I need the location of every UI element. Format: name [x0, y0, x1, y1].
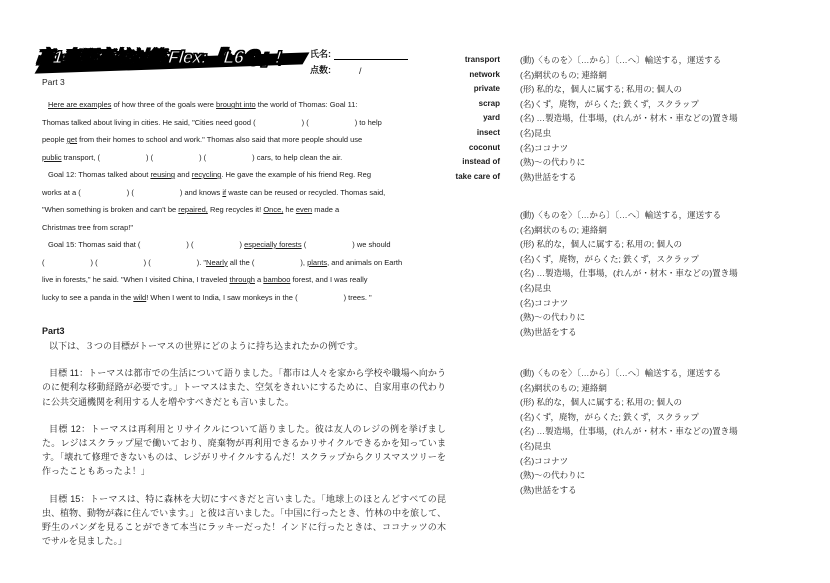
reading-line: lucky to see a panda in the wild! When I…	[42, 289, 442, 307]
vocab-meaning: (熟)世話をする	[520, 170, 577, 185]
reading-segment: the world of Thomas: Goal 11:	[256, 100, 358, 109]
underlined-word: public	[42, 153, 62, 162]
fill-in-blank: ()	[138, 236, 189, 254]
fill-in-blank: ()	[204, 149, 255, 167]
reading-segment: all the	[228, 258, 252, 267]
vocab-meaning: (名)網状のもの; 連絡網	[520, 223, 607, 238]
translation-paragraph: 目標 11：トーマスは都市での生活について語りました。「都市は人々を家から学校や…	[42, 366, 446, 409]
vocab-meaning: (動)〈ものを〉〔…から〕〔…へ〕輸送する，運送する	[520, 53, 721, 68]
vocab-meaning: (熟)〜の代わりに	[520, 310, 585, 325]
vocab-meaning: (形) 私的な，個人に属する; 私用の; 個人の	[520, 237, 682, 252]
reading-line: works at a () () and knows if waste can …	[42, 184, 442, 202]
vocab-row: coconut(名)ココナツ	[445, 141, 738, 156]
vocab-word: network	[445, 68, 500, 83]
vocab-row: (名) …製造場，仕事場，(れんが・材木・車などの)置き場	[520, 266, 738, 281]
reading-segment: transport,	[62, 153, 98, 162]
vocab-row: (名)昆虫	[520, 281, 738, 296]
vocab-meaning: (熟)〜の代わりに	[520, 468, 585, 483]
reading-text: Here are examples of how three of the go…	[42, 96, 442, 306]
reading-segment: Goal 12: Thomas talked about	[48, 170, 150, 179]
reading-segment: live in forests," he said. "When I visit…	[42, 275, 230, 284]
reading-line: Thomas talked about living in cities. He…	[42, 114, 442, 132]
vocab-meaning: (名)昆虫	[520, 439, 551, 454]
reading-line: live in forests," he said. "When I visit…	[42, 271, 442, 289]
vocab-word: coconut	[445, 141, 500, 156]
vocab-meaning: (名)ココナツ	[520, 141, 568, 156]
underlined-word: Nearly	[206, 258, 228, 267]
vocab-block-2: (動)〈ものを〉〔…から〕〔…へ〕輸送する，運送する(名)網状のもの; 連絡網(…	[520, 208, 738, 339]
vocab-row: (名)ココナツ	[520, 296, 738, 311]
reading-segment: he	[283, 205, 296, 214]
vocab-row: (熟)〜の代わりに	[520, 310, 738, 325]
vocab-meaning: (名)ココナツ	[520, 454, 568, 469]
fill-in-blank: ()	[191, 236, 242, 254]
reading-line: () () (). "Nearly all the (), plants, an…	[42, 254, 442, 272]
translation-section-label: Part3	[42, 326, 65, 336]
name-label: 氏名:	[310, 47, 331, 60]
vocab-row: (名)昆虫	[520, 439, 738, 454]
vocab-word: take care of	[445, 170, 500, 185]
reading-segment: and	[175, 170, 192, 179]
reading-segment: and knows	[182, 188, 222, 197]
vocab-meaning: (名)くず，廃物，がらくた; 鉄くず，スクラップ	[520, 252, 699, 267]
vocab-row: instead of(熟)〜の代わりに	[445, 155, 738, 170]
underlined-word: reusing	[150, 170, 175, 179]
fill-in-blank: ()	[295, 289, 346, 307]
translation-paragraph: 目標 12：トーマスは再利用とリサイクルについて語りました。彼は友人のレジの例を…	[42, 422, 446, 479]
vocab-meaning: (動)〈ものを〉〔…から〕〔…へ〕輸送する，運送する	[520, 208, 721, 223]
translation-paragraphs: 目標 11：トーマスは都市での生活について語りました。「都市は人々を家から学校や…	[42, 366, 446, 548]
vocab-meaning: (形) 私的な，個人に属する; 私用の; 個人の	[520, 395, 682, 410]
vocab-row: yard(名) …製造場，仕事場，(れんが・材木・車などの)置き場	[445, 111, 738, 126]
vocab-row: (名)くず，廃物，がらくた; 鉄くず，スクラップ	[520, 410, 738, 425]
vocab-row: (名)ココナツ	[520, 454, 738, 469]
fill-in-blank: ()	[253, 114, 304, 132]
vocab-word: yard	[445, 111, 500, 126]
reading-segment: we should	[355, 240, 391, 249]
worksheet-page: 高1秦野高校対策 Flex:『L6③』! 氏名: 点数: / Part 3 He…	[0, 0, 830, 583]
vocab-meaning: (名)昆虫	[520, 281, 551, 296]
reading-line: public transport, () () () cars, to help…	[42, 149, 442, 167]
vocab-meaning: (熟)〜の代わりに	[520, 155, 585, 170]
reading-segment: trees. "	[346, 293, 372, 302]
underlined-word: Here are examples	[48, 100, 111, 109]
vocab-row: (熟)〜の代わりに	[520, 468, 738, 483]
reading-segment: from their homes to school and work." Th…	[77, 135, 362, 144]
vocab-meaning: (名)網状のもの; 連絡網	[520, 68, 607, 83]
vocab-meaning: (名) …製造場，仕事場，(れんが・材木・車などの)置き場	[520, 111, 738, 126]
fill-in-blank: ()	[78, 184, 129, 202]
reading-segment: lucky to see a panda in the	[42, 293, 133, 302]
fill-in-blank: ()	[148, 254, 199, 272]
reading-segment: Goal 15: Thomas said that	[48, 240, 138, 249]
fill-in-blank: ()	[306, 114, 357, 132]
underlined-word: even	[296, 205, 312, 214]
vocab-meaning: (動)〈ものを〉〔…から〕〔…へ〕輸送する，運送する	[520, 366, 721, 381]
reading-segment: . He gave the example of his friend Reg.…	[221, 170, 371, 179]
vocab-row: (名) …製造場，仕事場，(れんが・材木・車などの)置き場	[520, 424, 738, 439]
translation-text: 以下は、３つの目標がトーマスの世界にどのように持ち込まれたかの例です。 目標 1…	[42, 339, 446, 561]
name-blank-line	[334, 50, 408, 60]
vocab-row: (形) 私的な，個人に属する; 私用の; 個人の	[520, 395, 738, 410]
fill-in-blank: ()	[97, 149, 148, 167]
translation-intro: 以下は、３つの目標がトーマスの世界にどのように持ち込まれたかの例です。	[42, 339, 446, 353]
vocab-row: take care of(熟)世話をする	[445, 170, 738, 185]
reading-segment: people	[42, 135, 67, 144]
underlined-word: brought into	[216, 100, 256, 109]
vocab-block-1: transport(動)〈ものを〉〔…から〕〔…へ〕輸送する，運送するnetwo…	[445, 53, 738, 184]
reading-segment: of how three of the goals were	[111, 100, 216, 109]
reading-section-label: Part 3	[42, 77, 65, 87]
vocab-word: insect	[445, 126, 500, 141]
underlined-word: recycling	[192, 170, 222, 179]
vocab-row: (熟)世話をする	[520, 325, 738, 340]
vocab-meaning: (名)くず，廃物，がらくた; 鉄くず，スクラップ	[520, 410, 699, 425]
underlined-word: get	[67, 135, 77, 144]
worksheet-title-banner: 高1秦野高校対策 Flex:『L6③』!	[36, 44, 316, 76]
vocab-row: (熟)世話をする	[520, 483, 738, 498]
vocab-meaning: (熟)世話をする	[520, 325, 577, 340]
vocab-meaning: (熟)世話をする	[520, 483, 577, 498]
underlined-word: especially forests	[244, 240, 302, 249]
vocab-row: scrap(名)くず，廃物，がらくた; 鉄くず，スクラップ	[445, 97, 738, 112]
reading-line: Goal 15: Thomas said that () () especial…	[42, 236, 442, 254]
vocab-meaning: (形) 私的な，個人に属する; 私用の; 個人の	[520, 82, 682, 97]
vocab-word: scrap	[445, 97, 500, 112]
reading-line: Here are examples of how three of the go…	[42, 96, 442, 114]
reading-line: "When something is broken and can't be r…	[42, 201, 442, 219]
name-field: 氏名:	[310, 47, 408, 60]
vocab-meaning: (名) …製造場，仕事場，(れんが・材木・車などの)置き場	[520, 424, 738, 439]
reading-segment: . "	[199, 258, 206, 267]
reading-segment: ! When I went to India, I saw monkeys in…	[146, 293, 295, 302]
reading-segment: waste can be reused or recycled. Thomas …	[226, 188, 385, 197]
fill-in-blank: ()	[131, 184, 182, 202]
fill-in-blank: ()	[252, 254, 303, 272]
vocab-row: transport(動)〈ものを〉〔…から〕〔…へ〕輸送する，運送する	[445, 53, 738, 68]
vocab-row: (動)〈ものを〉〔…から〕〔…へ〕輸送する，運送する	[520, 208, 738, 223]
underlined-word: through	[230, 275, 255, 284]
fill-in-blank: ()	[42, 254, 93, 272]
reading-segment: to help	[357, 118, 382, 127]
reading-segment: cars, to help clean the air.	[255, 153, 343, 162]
reading-segment: , and animals on Earth	[327, 258, 402, 267]
reading-segment: Thomas talked about living in cities. He…	[42, 118, 253, 127]
vocab-row: insect(名)昆虫	[445, 126, 738, 141]
fill-in-blank: ()	[151, 149, 202, 167]
reading-line: Christmas tree from scrap!"	[42, 219, 442, 237]
vocab-meaning: (名)ココナツ	[520, 296, 568, 311]
vocab-row: private(形) 私的な，個人に属する; 私用の; 個人の	[445, 82, 738, 97]
vocab-block-3: (動)〈ものを〉〔…から〕〔…へ〕輸送する，運送する(名)網状のもの; 連絡網(…	[520, 366, 738, 497]
underlined-word: wild	[133, 293, 146, 302]
vocab-row: (動)〈ものを〉〔…から〕〔…へ〕輸送する，運送する	[520, 366, 738, 381]
reading-line: people get from their homes to school an…	[42, 131, 442, 149]
vocab-word: instead of	[445, 155, 500, 170]
score-slash: /	[359, 66, 362, 76]
vocab-row: (形) 私的な，個人に属する; 私用の; 個人の	[520, 237, 738, 252]
score-label: 点数:	[310, 63, 331, 76]
vocab-meaning: (名)昆虫	[520, 126, 551, 141]
vocab-row: (名)網状のもの; 連絡網	[520, 223, 738, 238]
vocab-row: network(名)網状のもの; 連絡網	[445, 68, 738, 83]
name-score-block: 氏名: 点数: /	[310, 47, 408, 79]
score-field: 点数: /	[310, 63, 408, 76]
translation-paragraph: 目標 15：トーマスは、特に森林を大切にすべきだと言いました。「地球上のほとんど…	[42, 492, 446, 549]
underlined-word: repaired,	[178, 205, 208, 214]
reading-segment: "When something is broken and can't be	[42, 205, 178, 214]
underlined-word: plants	[307, 258, 327, 267]
reading-line: Goal 12: Thomas talked about reusing and…	[42, 166, 442, 184]
worksheet-title: 高1秦野高校対策 Flex:『L6③』!	[35, 44, 283, 69]
reading-segment: works at a	[42, 188, 78, 197]
reading-segment: made a	[312, 205, 339, 214]
vocab-word: transport	[445, 53, 500, 68]
vocab-meaning: (名)網状のもの; 連絡網	[520, 381, 607, 396]
vocab-meaning: (名) …製造場，仕事場，(れんが・材木・車などの)置き場	[520, 266, 738, 281]
vocab-row: (名)くず，廃物，がらくた; 鉄くず，スクラップ	[520, 252, 738, 267]
fill-in-blank: ()	[304, 236, 355, 254]
underlined-word: Once,	[263, 205, 283, 214]
reading-segment: Christmas tree from scrap!"	[42, 223, 133, 232]
vocab-row: (名)網状のもの; 連絡網	[520, 381, 738, 396]
vocab-word: private	[445, 82, 500, 97]
reading-segment: forest, and I was really	[290, 275, 367, 284]
vocab-meaning: (名)くず，廃物，がらくた; 鉄くず，スクラップ	[520, 97, 699, 112]
underlined-word: bamboo	[263, 275, 290, 284]
fill-in-blank: ()	[95, 254, 146, 272]
reading-segment: Reg recycles it!	[208, 205, 263, 214]
